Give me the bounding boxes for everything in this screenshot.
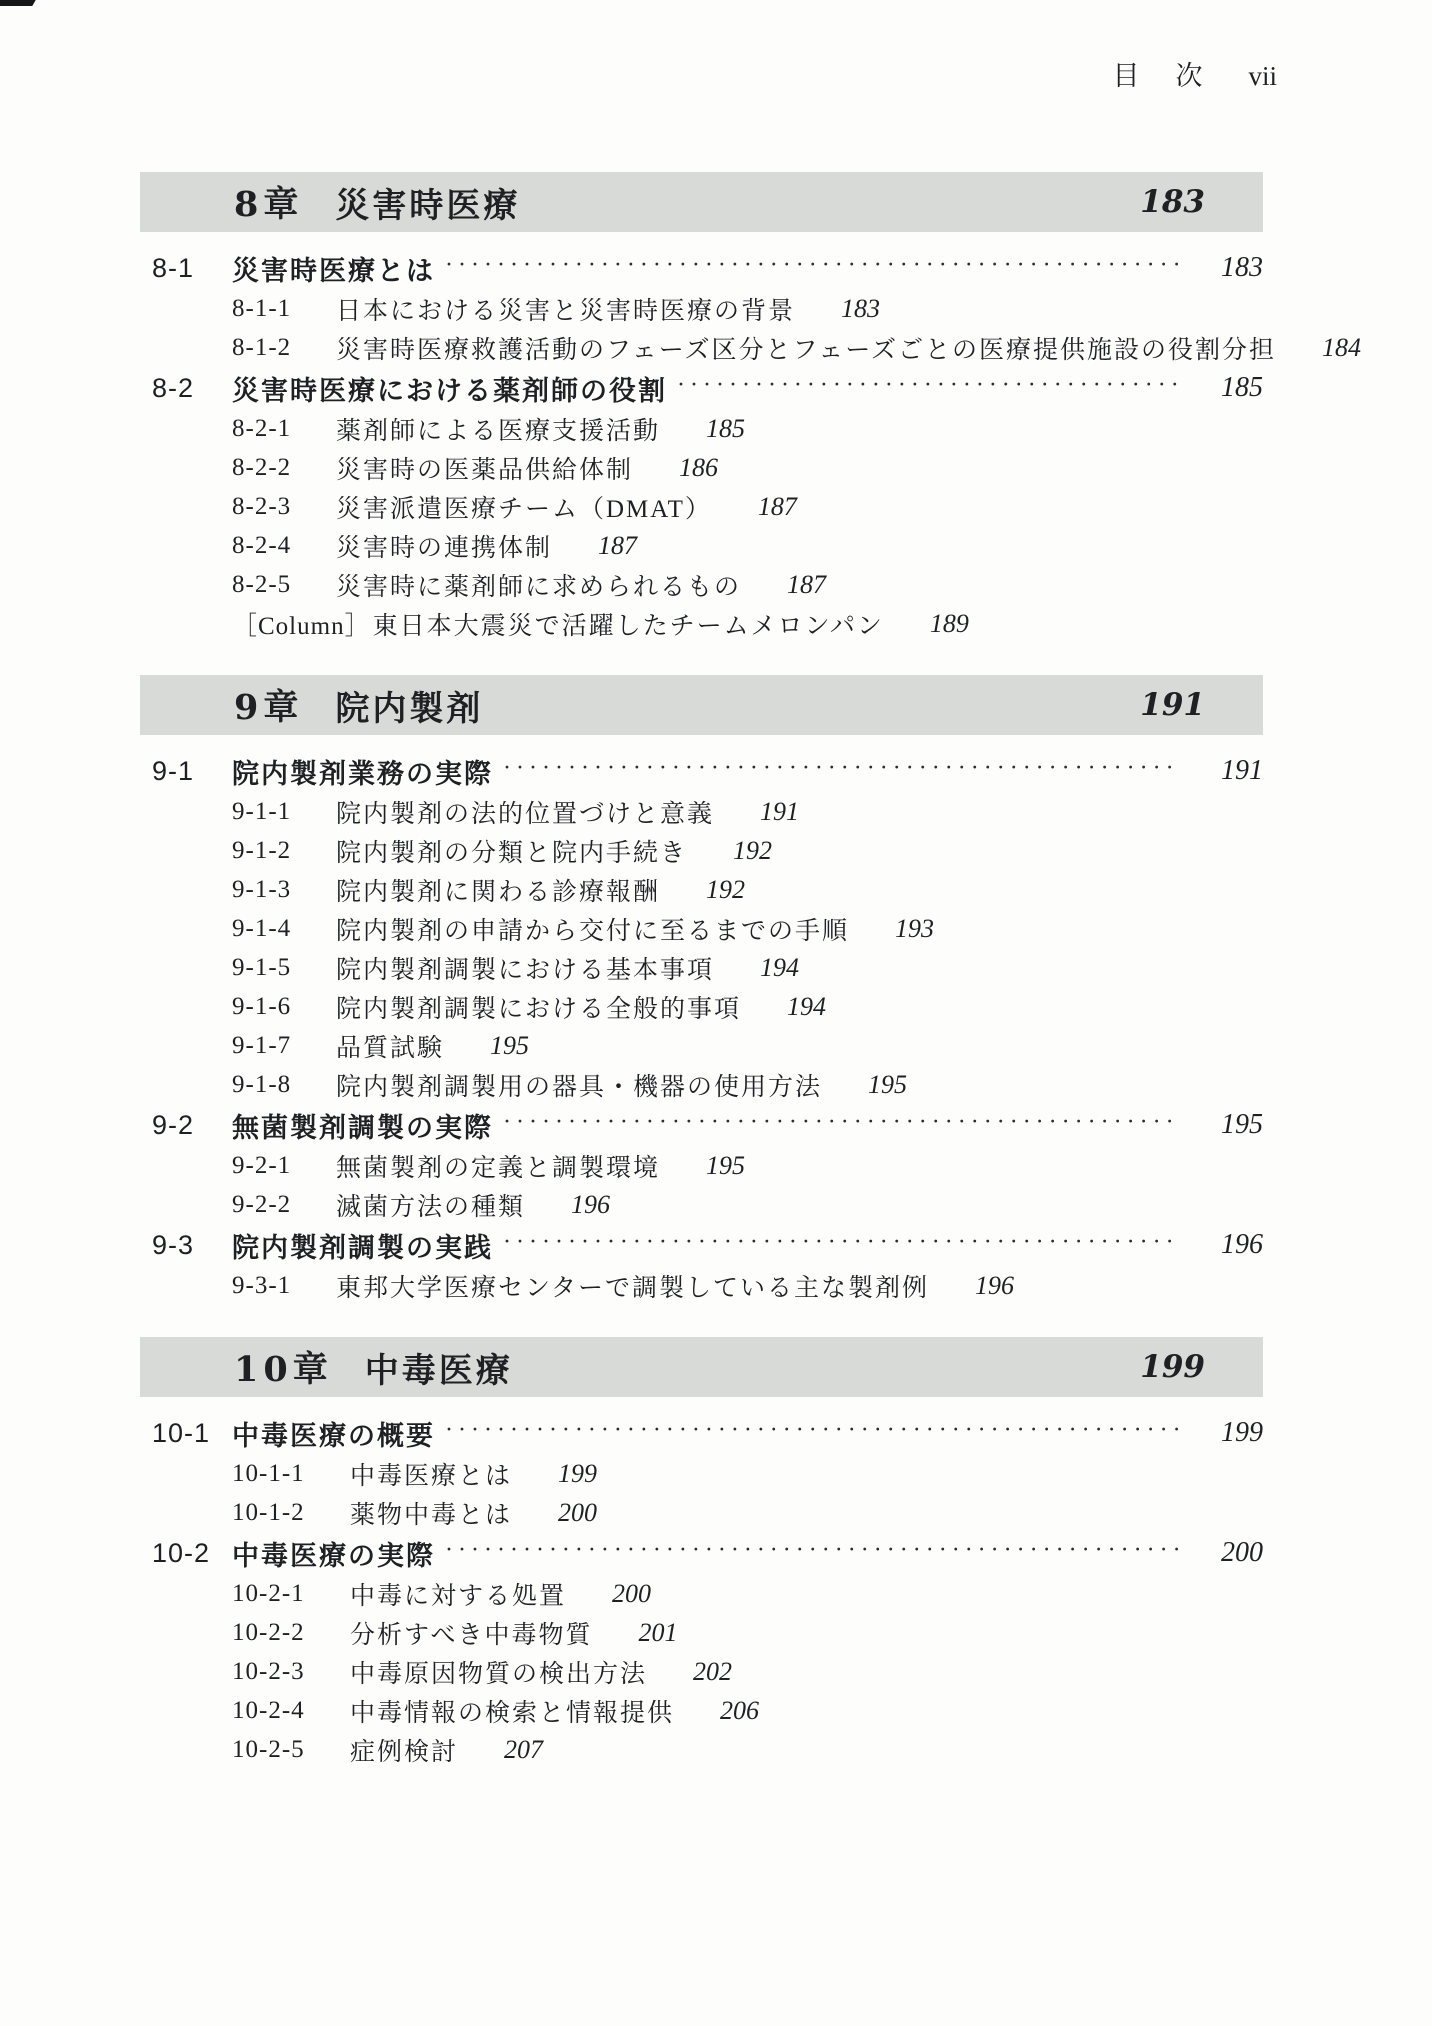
toc-subsection-row: 9-1-7 品質試験 195 bbox=[140, 1026, 1263, 1065]
toc-page: 目 次 vii 8章 災害時医療 183 8-1 災害時医療とは 183 8-1… bbox=[0, 0, 1432, 2026]
subsection-page-number: 196 bbox=[571, 1190, 610, 1220]
subsection-title: 分析すべき中毒物質 bbox=[350, 1615, 593, 1651]
table-of-contents: 8章 災害時医療 183 8-1 災害時医療とは 183 8-1-1 日本におけ… bbox=[140, 172, 1263, 1775]
subsection-number: 8-1-2 bbox=[232, 334, 336, 362]
column-page-number: 189 bbox=[930, 609, 969, 639]
running-head-folio: vii bbox=[1248, 61, 1277, 92]
section-number: 9-2 bbox=[152, 1110, 232, 1141]
subsection-number: 9-1-2 bbox=[232, 837, 336, 865]
subsection-page-number: 200 bbox=[612, 1579, 651, 1609]
subsection-number: 9-1-6 bbox=[232, 993, 336, 1021]
toc-subsection-row: 10-2-3 中毒原因物質の検出方法 202 bbox=[140, 1652, 1263, 1691]
section-number: 8-2 bbox=[152, 373, 232, 404]
subsection-page-number: 192 bbox=[733, 836, 772, 866]
subsection-title: 中毒原因物質の検出方法 bbox=[350, 1654, 647, 1690]
toc-subsection-row: 10-2-1 中毒に対する処置 200 bbox=[140, 1574, 1263, 1613]
subsection-number: 8-2-2 bbox=[232, 454, 336, 482]
toc-subsection-row: 8-1-1 日本における災害と災害時医療の背景 183 bbox=[140, 289, 1263, 328]
subsection-page-number: 195 bbox=[706, 1151, 745, 1181]
toc-subsection-row: 9-3-1 東邦大学医療センターで調製している主な製剤例 196 bbox=[140, 1266, 1263, 1305]
subsection-page-number: 183 bbox=[841, 294, 880, 324]
column-title: 東日本大震災で活躍したチームメロンパン bbox=[373, 606, 884, 642]
section-title: 無菌製剤調製の実際 bbox=[232, 1106, 493, 1145]
subsection-number: 9-1-8 bbox=[232, 1071, 336, 1099]
dot-leader bbox=[503, 1109, 1181, 1136]
column-label: ［Column］ bbox=[232, 606, 371, 642]
chapter-entries: 10-1 中毒医療の概要 199 10-1-1 中毒医療とは 199 10-1-… bbox=[140, 1397, 1263, 1775]
subsection-title: 品質試験 bbox=[336, 1028, 444, 1064]
subsection-number: 8-2-1 bbox=[232, 415, 336, 443]
subsection-page-number: 192 bbox=[706, 875, 745, 905]
subsection-page-number: 191 bbox=[760, 797, 799, 827]
chapter-title: 中毒医療 bbox=[365, 1343, 513, 1392]
chapter-page-number: 183 bbox=[1140, 184, 1205, 220]
chapter-section-8: 8章 災害時医療 183 8-1 災害時医療とは 183 8-1-1 日本におけ… bbox=[140, 172, 1263, 649]
toc-subsection-row: 10-2-2 分析すべき中毒物質 201 bbox=[140, 1613, 1263, 1652]
subsection-page-number: 195 bbox=[868, 1070, 907, 1100]
subsection-page-number: 207 bbox=[504, 1735, 543, 1765]
subsection-title: 災害時の連携体制 bbox=[336, 528, 552, 564]
subsection-title: 院内製剤に関わる診療報酬 bbox=[336, 872, 660, 908]
section-page-number: 183 bbox=[1191, 252, 1263, 284]
subsection-page-number: 184 bbox=[1322, 333, 1361, 363]
chapter-header-bar: 10章 中毒医療 199 bbox=[140, 1337, 1263, 1397]
toc-subsection-row: 8-2-2 災害時の医薬品供給体制 186 bbox=[140, 448, 1263, 487]
subsection-title: 院内製剤調製における基本事項 bbox=[336, 950, 714, 986]
subsection-title: 院内製剤の分類と院内手続き bbox=[336, 833, 687, 869]
section-title: 災害時医療とは bbox=[232, 249, 435, 288]
section-title: 中毒医療の概要 bbox=[232, 1414, 435, 1453]
subsection-number: 9-1-4 bbox=[232, 915, 336, 943]
dot-leader bbox=[677, 372, 1181, 399]
dot-leader bbox=[503, 755, 1181, 782]
subsection-number: 9-2-2 bbox=[232, 1191, 336, 1219]
toc-subsection-row: 9-1-2 院内製剤の分類と院内手続き 192 bbox=[140, 831, 1263, 870]
toc-section-row: 9-3 院内製剤調製の実践 196 bbox=[140, 1224, 1263, 1266]
subsection-title: 中毒情報の検索と情報提供 bbox=[350, 1693, 674, 1729]
subsection-title: 滅菌方法の種類 bbox=[336, 1187, 525, 1223]
subsection-title: 災害時に薬剤師に求められるもの bbox=[336, 567, 741, 603]
dot-leader bbox=[445, 1417, 1181, 1444]
toc-subsection-row: 10-2-5 症例検討 207 bbox=[140, 1730, 1263, 1769]
subsection-page-number: 200 bbox=[558, 1498, 597, 1528]
toc-subsection-row: 9-1-8 院内製剤調製用の器具・機器の使用方法 195 bbox=[140, 1065, 1263, 1104]
subsection-number: 10-2-2 bbox=[232, 1619, 350, 1647]
subsection-page-number: 187 bbox=[598, 531, 637, 561]
subsection-title: 院内製剤調製用の器具・機器の使用方法 bbox=[336, 1067, 822, 1103]
subsection-title: 院内製剤の申請から交付に至るまでの手順 bbox=[336, 911, 849, 947]
chapter-section-9: 9章 院内製剤 191 9-1 院内製剤業務の実際 191 9-1-1 院内製剤… bbox=[140, 675, 1263, 1311]
section-number: 8-1 bbox=[152, 253, 232, 284]
section-page-number: 199 bbox=[1191, 1417, 1263, 1449]
chapter-number: 10章 bbox=[234, 1342, 333, 1392]
subsection-title: 災害時医療救護活動のフェーズ区分とフェーズごとの医療提供施設の役割分担 bbox=[336, 330, 1276, 366]
subsection-number: 8-2-3 bbox=[232, 493, 336, 521]
subsection-number: 8-2-5 bbox=[232, 571, 336, 599]
chapter-entries: 9-1 院内製剤業務の実際 191 9-1-1 院内製剤の法的位置づけと意義 1… bbox=[140, 735, 1263, 1311]
chapter-page-number: 191 bbox=[1140, 687, 1205, 723]
subsection-title: 薬剤師による医療支援活動 bbox=[336, 411, 660, 447]
subsection-page-number: 187 bbox=[787, 570, 826, 600]
subsection-title: 薬物中毒とは bbox=[350, 1495, 512, 1531]
chapter-section-10: 10章 中毒医療 199 10-1 中毒医療の概要 199 10-1-1 中毒医… bbox=[140, 1337, 1263, 1775]
chapter-page-number: 199 bbox=[1140, 1349, 1205, 1385]
subsection-number: 9-1-3 bbox=[232, 876, 336, 904]
section-page-number: 191 bbox=[1191, 755, 1263, 787]
dot-leader bbox=[445, 252, 1181, 279]
subsection-page-number: 194 bbox=[760, 953, 799, 983]
toc-subsection-row: 9-1-6 院内製剤調製における全般的事項 194 bbox=[140, 987, 1263, 1026]
chapter-number: 8章 bbox=[234, 177, 303, 227]
subsection-number: 10-1-2 bbox=[232, 1499, 350, 1527]
section-title: 災害時医療における薬剤師の役割 bbox=[232, 369, 667, 408]
dot-leader bbox=[503, 1229, 1181, 1256]
section-page-number: 195 bbox=[1191, 1109, 1263, 1141]
subsection-number: 9-3-1 bbox=[232, 1272, 336, 1300]
subsection-title: 無菌製剤の定義と調製環境 bbox=[336, 1148, 660, 1184]
subsection-number: 10-2-3 bbox=[232, 1658, 350, 1686]
subsection-title: 院内製剤の法的位置づけと意義 bbox=[336, 794, 714, 830]
subsection-number: 10-2-4 bbox=[232, 1697, 350, 1725]
subsection-number: 8-2-4 bbox=[232, 532, 336, 560]
subsection-number: 9-1-5 bbox=[232, 954, 336, 982]
subsection-page-number: 186 bbox=[679, 453, 718, 483]
chapter-title: 災害時医療 bbox=[335, 178, 520, 227]
toc-section-row: 9-1 院内製剤業務の実際 191 bbox=[140, 750, 1263, 792]
subsection-title: 院内製剤調製における全般的事項 bbox=[336, 989, 741, 1025]
toc-subsection-row: 10-2-4 中毒情報の検索と情報提供 206 bbox=[140, 1691, 1263, 1730]
toc-subsection-row: 8-1-2 災害時医療救護活動のフェーズ区分とフェーズごとの医療提供施設の役割分… bbox=[140, 328, 1263, 367]
toc-section-row: 9-2 無菌製剤調製の実際 195 bbox=[140, 1104, 1263, 1146]
subsection-page-number: 193 bbox=[895, 914, 934, 944]
subsection-page-number: 195 bbox=[490, 1031, 529, 1061]
scan-artifact bbox=[0, 0, 36, 6]
section-title: 院内製剤調製の実践 bbox=[232, 1226, 493, 1265]
toc-subsection-row: 9-2-2 滅菌方法の種類 196 bbox=[140, 1185, 1263, 1224]
subsection-title: 日本における災害と災害時医療の背景 bbox=[336, 291, 795, 327]
chapter-title: 院内製剤 bbox=[335, 681, 483, 730]
subsection-number: 10-2-5 bbox=[232, 1736, 350, 1764]
running-head-title-char: 次 bbox=[1175, 54, 1202, 93]
subsection-number: 9-1-7 bbox=[232, 1032, 336, 1060]
toc-subsection-row: 10-1-2 薬物中毒とは 200 bbox=[140, 1493, 1263, 1532]
toc-column-row: ［Column］ 東日本大震災で活躍したチームメロンパン 189 bbox=[140, 604, 1263, 643]
section-number: 9-3 bbox=[152, 1230, 232, 1261]
subsection-page-number: 201 bbox=[639, 1618, 678, 1648]
toc-subsection-row: 9-1-3 院内製剤に関わる診療報酬 192 bbox=[140, 870, 1263, 909]
toc-subsection-row: 8-2-1 薬剤師による医療支援活動 185 bbox=[140, 409, 1263, 448]
running-head: 目 次 vii bbox=[1112, 54, 1277, 93]
toc-subsection-row: 10-1-1 中毒医療とは 199 bbox=[140, 1454, 1263, 1493]
subsection-page-number: 202 bbox=[693, 1657, 732, 1687]
section-title: 院内製剤業務の実際 bbox=[232, 752, 493, 791]
toc-section-row: 10-1 中毒医療の概要 199 bbox=[140, 1412, 1263, 1454]
chapter-entries: 8-1 災害時医療とは 183 8-1-1 日本における災害と災害時医療の背景 … bbox=[140, 232, 1263, 649]
subsection-page-number: 187 bbox=[758, 492, 797, 522]
chapter-number: 9章 bbox=[234, 680, 303, 730]
subsection-page-number: 194 bbox=[787, 992, 826, 1022]
subsection-title: 中毒に対する処置 bbox=[350, 1576, 566, 1612]
toc-subsection-row: 8-2-4 災害時の連携体制 187 bbox=[140, 526, 1263, 565]
chapter-header-bar: 8章 災害時医療 183 bbox=[140, 172, 1263, 232]
dot-leader bbox=[445, 1537, 1181, 1564]
subsection-title: 災害時の医薬品供給体制 bbox=[336, 450, 633, 486]
toc-subsection-row: 9-1-5 院内製剤調製における基本事項 194 bbox=[140, 948, 1263, 987]
toc-subsection-row: 9-2-1 無菌製剤の定義と調製環境 195 bbox=[140, 1146, 1263, 1185]
subsection-title: 中毒医療とは bbox=[350, 1456, 512, 1492]
section-number: 9-1 bbox=[152, 756, 232, 787]
section-page-number: 196 bbox=[1191, 1229, 1263, 1261]
toc-section-row: 10-2 中毒医療の実際 200 bbox=[140, 1532, 1263, 1574]
toc-subsection-row: 9-1-1 院内製剤の法的位置づけと意義 191 bbox=[140, 792, 1263, 831]
subsection-page-number: 206 bbox=[720, 1696, 759, 1726]
subsection-number: 9-1-1 bbox=[232, 798, 336, 826]
toc-section-row: 8-2 災害時医療における薬剤師の役割 185 bbox=[140, 367, 1263, 409]
subsection-title: 症例検討 bbox=[350, 1732, 458, 1768]
subsection-number: 10-2-1 bbox=[232, 1580, 350, 1608]
subsection-page-number: 185 bbox=[706, 414, 745, 444]
section-title: 中毒医療の実際 bbox=[232, 1534, 435, 1573]
subsection-number: 8-1-1 bbox=[232, 295, 336, 323]
section-number: 10-2 bbox=[152, 1538, 232, 1569]
toc-subsection-row: 8-2-3 災害派遣医療チーム（DMAT） 187 bbox=[140, 487, 1263, 526]
section-number: 10-1 bbox=[152, 1418, 232, 1449]
section-page-number: 200 bbox=[1191, 1537, 1263, 1569]
subsection-number: 9-2-1 bbox=[232, 1152, 336, 1180]
running-head-title-char: 目 bbox=[1112, 54, 1139, 93]
subsection-number: 10-1-1 bbox=[232, 1460, 350, 1488]
toc-subsection-row: 9-1-4 院内製剤の申請から交付に至るまでの手順 193 bbox=[140, 909, 1263, 948]
subsection-page-number: 199 bbox=[558, 1459, 597, 1489]
subsection-title: 東邦大学医療センターで調製している主な製剤例 bbox=[336, 1268, 929, 1304]
section-page-number: 185 bbox=[1191, 372, 1263, 404]
toc-section-row: 8-1 災害時医療とは 183 bbox=[140, 247, 1263, 289]
chapter-header-bar: 9章 院内製剤 191 bbox=[140, 675, 1263, 735]
subsection-page-number: 196 bbox=[975, 1271, 1014, 1301]
subsection-title: 災害派遣医療チーム（DMAT） bbox=[336, 489, 712, 525]
toc-subsection-row: 8-2-5 災害時に薬剤師に求められるもの 187 bbox=[140, 565, 1263, 604]
